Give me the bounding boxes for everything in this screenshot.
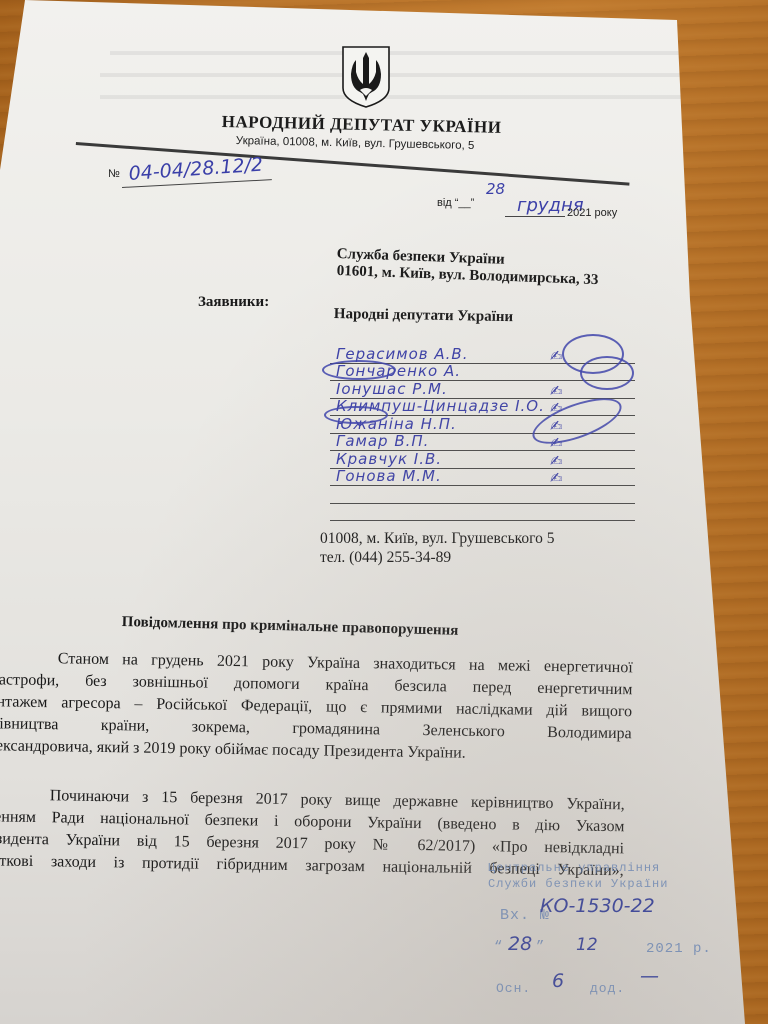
signature-row: Южаніна Н.П.✍: [330, 416, 635, 434]
body-paragraph-1: Станом на грудень 2021 року Україна знах…: [0, 647, 633, 767]
body-line: Станом на грудень 2021 року Україна знах…: [0, 647, 633, 679]
document-page: ▬▬▬▬▬▬▬▬▬▬▬▬▬▬▬▬▬▬▬▬▬▬▬▬▬▬▬▬▬▬▬▬▬▬▬▬▬▬▬▬…: [0, 0, 768, 1024]
body-line: рішенням Ради національної безпеки і обо…: [0, 806, 625, 838]
signature-mark-icon: ✍: [550, 399, 564, 417]
signature-mark-icon: ✍: [550, 417, 564, 435]
stamp-in-number: КО-1530-22: [540, 895, 655, 917]
date-label: від “__”: [437, 197, 474, 209]
signature-row: Гонова М.М.✍: [330, 469, 635, 487]
signature-row: Іонушас Р.М.✍: [330, 381, 635, 399]
signature-mark-icon: ✍: [550, 452, 564, 470]
signature-mark-icon: ✍: [550, 469, 564, 487]
applicants-label: Заявники:: [198, 294, 269, 311]
body-line: додаткові заходи із протидії гібридним з…: [0, 850, 624, 882]
date-month: грудня: [517, 195, 584, 216]
body-line: керівництва країни, зокрема, громадянина…: [0, 713, 632, 745]
registration-number-value: 04-04/28.12/2: [128, 154, 264, 185]
stamp-day: 28: [508, 933, 532, 955]
signature-row: [330, 504, 635, 522]
recipient-name: Служба безпеки України: [336, 246, 505, 269]
return-address: 01008, м. Київ, вул. Грушевського 5: [320, 530, 555, 548]
stamp-extra-label: дод.: [590, 981, 625, 996]
signature-row: Кравчук І.В.✍: [330, 451, 635, 469]
document-title: Повідомлення про кримінальне правопоруше…: [122, 614, 459, 640]
body-line: Президента України від 15 березня 2017 р…: [0, 828, 624, 860]
signature-row: Гамар В.П.✍: [330, 434, 635, 452]
signature-flourish-icon: [324, 406, 388, 424]
body-paragraph-2: Починаючи з 15 березня 2017 року вище де…: [0, 784, 625, 882]
signature-list: Герасимов А.В.✍ Гончаренко А. Іонушас Р.…: [330, 346, 635, 521]
recipient-address: 01601, м. Київ, вул. Володимирська, 33: [336, 263, 598, 289]
body-line: катастрофи, без зовнішньої допомоги краї…: [0, 669, 633, 701]
signature-row: Климпуш-Цинцадзе І.О.✍: [330, 399, 635, 417]
stamp-year: 2021 р.: [646, 941, 712, 957]
stamp-org-line-1: Центральне управління: [488, 861, 660, 875]
signature-mark-icon: ✍: [550, 434, 564, 452]
date-year: 2021 року: [567, 207, 617, 219]
body-line: шантажем агресора – Російської Федерації…: [0, 691, 632, 723]
signature-row: Гончаренко А.: [330, 364, 635, 382]
signature-row: [330, 486, 635, 504]
stamp-month: 12: [576, 935, 598, 955]
applicants-title: Народні депутати України: [334, 306, 514, 326]
date-underline: [505, 216, 565, 217]
signature-flourish-icon: [562, 334, 624, 374]
stamp-in-label: Вх. №: [500, 907, 550, 924]
letterhead-divider: [76, 142, 630, 186]
body-line: Олександровича, який з 2019 року обіймає…: [0, 735, 632, 767]
signature-flourish-icon: [527, 389, 627, 453]
ukraine-trident-icon: [340, 44, 392, 110]
signature-row: Герасимов А.В.✍: [330, 346, 635, 364]
stamp-main-label: Осн.: [496, 981, 531, 996]
show-through-text: ▬▬▬▬▬▬▬▬▬▬▬▬▬▬▬▬▬▬▬▬▬▬▬▬▬▬▬▬▬▬▬▬▬▬▬▬▬▬▬▬…: [110, 40, 695, 62]
signature-flourish-icon: [322, 360, 396, 380]
signature-mark-icon: ✍: [550, 382, 564, 400]
stamp-extra-count: —: [640, 965, 659, 987]
registration-number-underline: [122, 179, 272, 188]
signature-mark-icon: ✍: [550, 347, 564, 365]
date-day: 28: [486, 180, 505, 198]
return-phone: тел. (044) 255-34-89: [320, 549, 451, 567]
letterhead-address: Україна, 01008, м. Київ, вул. Грушевсько…: [236, 135, 475, 152]
stamp-main-count: 6: [552, 970, 564, 992]
body-line: Починаючи з 15 березня 2017 року вище де…: [0, 784, 625, 816]
signature-flourish-icon: [580, 356, 634, 390]
letterhead-title: НАРОДНИЙ ДЕПУТАТ УКРАЇНИ: [222, 112, 502, 138]
stamp-org-line-2: Служби безпеки України: [488, 877, 668, 891]
registration-number-label: №: [108, 168, 120, 180]
